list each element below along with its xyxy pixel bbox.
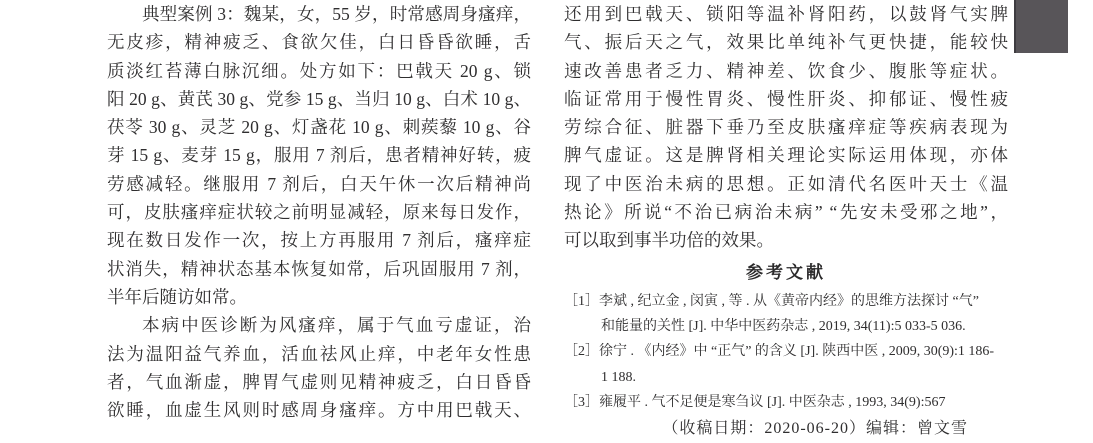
text-line: 劳综合征、脏器下垂乃至皮肤瘙痒症等疾病表现为 xyxy=(564,113,1008,141)
text-line: 典型案例 3：魏某，女，55 岁，时常感周身瘙痒， xyxy=(107,0,531,28)
text-line: 茯苓 30 g、灵芝 20 g、灯盏花 10 g、刺蒺藜 10 g、谷 xyxy=(107,113,531,141)
right-column: 还用到巴戟天、锁阳等温补肾阳药，以鼓肾气实脾 气、振后天之气，效果比单纯补气更快… xyxy=(564,0,1008,443)
references-heading: 参考文献 xyxy=(564,261,1008,285)
journal-page: 典型案例 3：魏某，女，55 岁，时常感周身瘙痒， 无皮疹，精神疲乏、食欲欠佳，… xyxy=(0,0,1093,443)
reference-line: ［1］李斌 , 纪立金 , 闵寅 , 等 . 从《黄帝内经》的思维方法探讨 “气… xyxy=(564,289,1008,314)
text-line: 芽 15 g、麦芽 15 g，服用 7 剂后，患者精神好转，疲 xyxy=(107,141,531,169)
text-line: 现在数日发作一次，按上方再服用 7 剂后，瘙痒症 xyxy=(107,226,531,254)
text-line: 速改善患者乏力、精神差、饮食少、腹胀等症状。 xyxy=(564,57,1008,85)
text-line: 可，皮肤瘙痒症状较之前明显减轻，原来每日发作， xyxy=(107,198,531,226)
text-line: 还用到巴戟天、锁阳等温补肾阳药，以鼓肾气实脾 xyxy=(564,0,1008,28)
text-line: 可以取到事半功倍的效果。 xyxy=(564,226,1008,254)
text-line: 欲睡，血虚生风则时感周身瘙痒。方中用巴戟天、 xyxy=(107,396,531,424)
text-line: 无皮疹，精神疲乏、食欲欠佳，白日昏昏欲睡，舌 xyxy=(107,28,531,56)
received-date-editor-line: （收稿日期：2020-06-20）编辑：曾文雪 xyxy=(564,418,1008,440)
text-line: 半年后随访如常。 xyxy=(107,283,531,311)
text-line: 阳 20 g、黄芪 30 g、党参 15 g、当归 10 g、白术 10 g、 xyxy=(107,85,531,113)
text-line: 质淡红苔薄白脉沉细。处方如下：巴戟天 20 g、锁 xyxy=(107,57,531,85)
text-line: 者，气血渐虚，脾胃气虚则见精神疲乏，白日昏昏 xyxy=(107,368,531,396)
text-line: 热论》所说“不治已病治未病” “先安未受邪之地”， xyxy=(564,198,1008,226)
text-line: 脾气虚证。这是脾肾相关理论实际运用体现，亦体 xyxy=(564,141,1008,169)
text-line: 临证常用于慢性胃炎、慢性肝炎、抑郁证、慢性疲 xyxy=(564,85,1008,113)
references-list: ［1］李斌 , 纪立金 , 闵寅 , 等 . 从《黄帝内经》的思维方法探讨 “气… xyxy=(564,289,1008,416)
reference-line: ［3］雍履平 . 气不足便是寒刍议 [J]. 中医杂志 , 1993, 34(9… xyxy=(564,390,1008,415)
page-corner-block xyxy=(1014,0,1068,53)
reference-line: 和能量的关性 [J]. 中华中医药杂志 , 2019, 34(11):5 033… xyxy=(564,314,1008,339)
text-line: 现了中医治未病的思想。正如清代名医叶天士《温 xyxy=(564,170,1008,198)
reference-line: ［2］徐宁 . 《内经》中 “正气” 的含义 [J]. 陕西中医 , 2009,… xyxy=(564,339,1008,364)
text-line: 劳感减轻。继服用 7 剂后，白天午休一次后精神尚 xyxy=(107,170,531,198)
text-line: 法为温阳益气养血，活血祛风止痒，中老年女性患 xyxy=(107,340,531,368)
text-line: 气、振后天之气，效果比单纯补气更快捷，能较快 xyxy=(564,28,1008,56)
reference-line: 1 188. xyxy=(564,365,1008,390)
text-line: 状消失，精神状态基本恢复如常，后巩固服用 7 剂， xyxy=(107,255,531,283)
left-column: 典型案例 3：魏某，女，55 岁，时常感周身瘙痒， 无皮疹，精神疲乏、食欲欠佳，… xyxy=(107,0,531,443)
text-line: 本病中医诊断为风瘙痒，属于气血亏虚证，治 xyxy=(107,311,531,339)
